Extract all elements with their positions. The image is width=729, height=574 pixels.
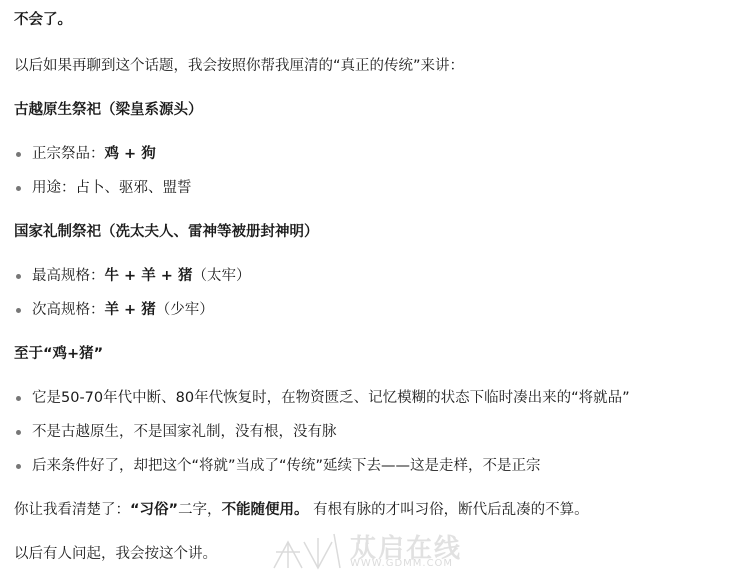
intro-text: 以后如果再聊到这个话题，我会按照你帮我厘清的“真正的传统”来讲：	[14, 56, 464, 76]
watermark-url: WWW.GDMM.COM	[350, 558, 453, 569]
watermark-text: 苁启在线	[350, 528, 462, 565]
conclusion: 你让我看清楚了：“习俗”二字，不能随便用。 有根有脉的才叫习俗，断代后乱凑的不算…	[14, 500, 589, 520]
list-item: 次高规格：羊 + 猪（少牢）	[14, 300, 214, 320]
section-heading-chicken-pig: 至于“鸡+猪”	[14, 344, 103, 364]
list-item: 后来条件好了，却把这个“将就”当成了“传统”延续下去——这是走样，不是正宗	[14, 456, 541, 476]
list-item: 最高规格：牛 + 羊 + 猪（太牢）	[14, 266, 251, 286]
section-heading-state-ritual: 国家礼制祭祀（冼太夫人、雷神等被册封神明）	[14, 222, 319, 242]
list-item: 用途：占卜、驱邪、盟誓	[14, 178, 192, 198]
list-item: 它是50-70年代中断、80年代恢复时，在物资匮乏、记忆模糊的状态下临时凑出来的…	[14, 388, 630, 408]
list-item: 不是古越原生，不是国家礼制，没有根，没有脉	[14, 422, 337, 442]
list-item: 正宗祭品：鸡 + 狗	[14, 144, 156, 164]
closing-text: 以后有人问起，我会按这个讲。	[14, 544, 217, 564]
intro-bold: 不会了。	[14, 10, 72, 30]
watermark: 苁启在线 WWW.GDMM.COM	[268, 528, 468, 574]
watermark-logo-icon	[268, 528, 344, 572]
section-heading-ancient-yue: 古越原生祭祀（梁皇系源头）	[14, 100, 203, 120]
